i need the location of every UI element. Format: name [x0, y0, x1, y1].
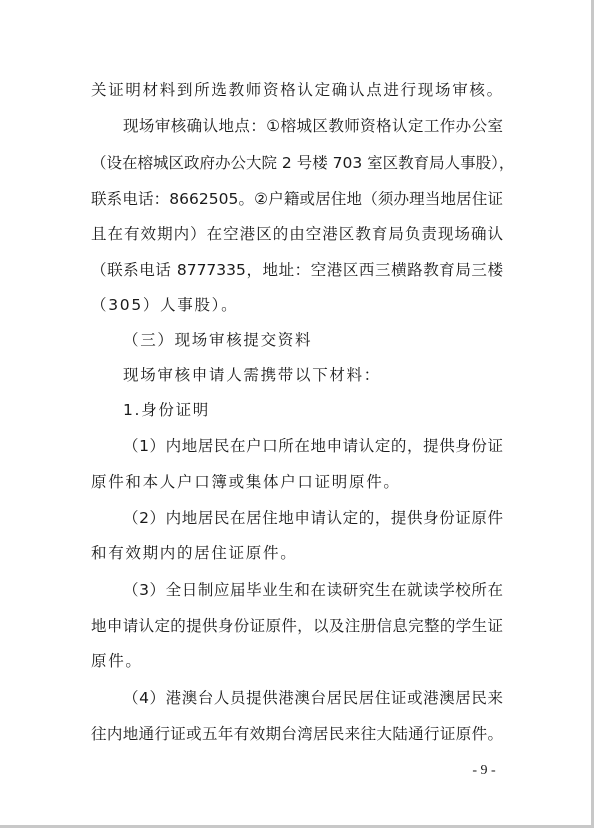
text-line: （305）人事股）。 — [91, 293, 503, 317]
page-number: - 9 - — [462, 761, 506, 781]
section-heading: （三）现场审核提交资料 — [123, 328, 503, 352]
text-line: 原件。 — [91, 649, 503, 673]
text-line: 原件和本人户口簿或集体户口证明原件。 — [91, 470, 503, 494]
text-line: 联系电话：8662505。②户籍或居住地（须办理当地居住证 — [91, 187, 503, 211]
text-line: （设在榕城区政府办公大院 2 号楼 703 室区教育局人事股）， — [91, 151, 503, 175]
text-line: 现场审核申请人需携带以下材料： — [123, 363, 503, 387]
text-line: 往内地通行证或五年有效期台湾居民来往大陆通行证原件。 — [91, 722, 503, 746]
text-line: （4）港澳台人员提供港澳台居民居住证或港澳居民来 — [123, 686, 503, 710]
text-line: （联系电话 8777335，地址：空港区西三横路教育局三楼 — [91, 258, 503, 282]
subsection-heading: 1.身份证明 — [123, 398, 503, 422]
text-line: （2）内地居民在居住地申请认定的，提供身份证原件 — [123, 506, 503, 530]
text-line: 地申请认定的提供身份证原件，以及注册信息完整的学生证 — [91, 614, 503, 638]
document-page: 关证明材料到所选教师资格认定确认点进行现场审核。 现场审核确认地点：①榕城区教师… — [0, 0, 591, 825]
text-line: 现场审核确认地点：①榕城区教师资格认定工作办公室 — [123, 114, 503, 138]
text-line: 和有效期内的居住证原件。 — [91, 541, 503, 565]
text-line: （1）内地居民在户口所在地申请认定的，提供身份证 — [123, 434, 503, 458]
text-line: （3）全日制应届毕业生和在读研究生在就读学校所在 — [123, 578, 503, 602]
text-line: 且在有效期内）在空港区的由空港区教育局负责现场确认 — [91, 222, 503, 246]
text-line: 关证明材料到所选教师资格认定确认点进行现场审核。 — [91, 78, 503, 102]
